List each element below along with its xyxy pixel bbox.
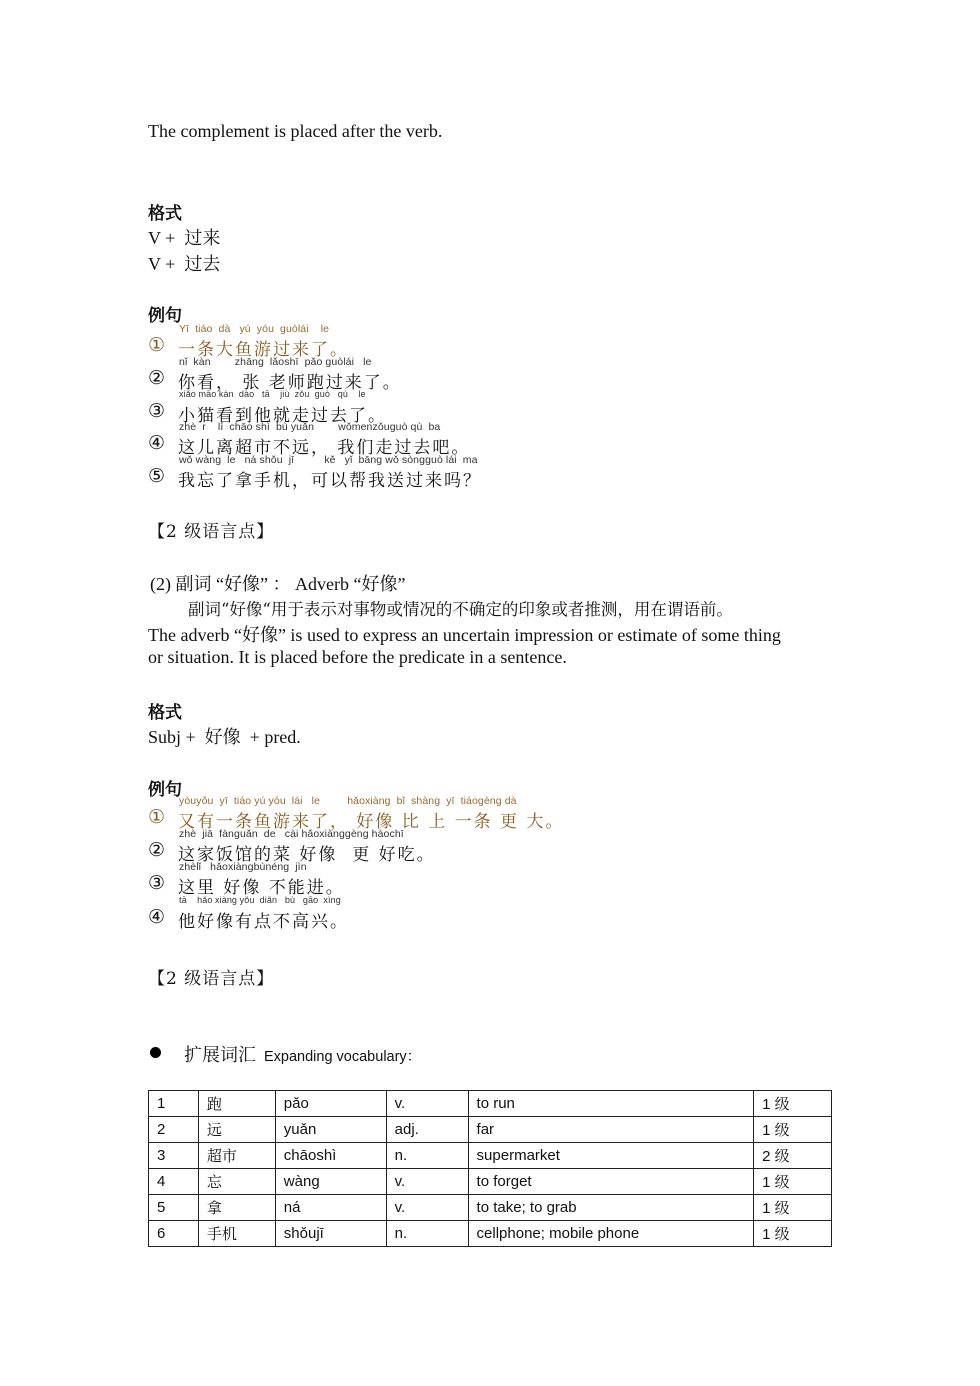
cell-pos: adj. [386, 1117, 468, 1143]
section-title: (2) 副词 “好像” ： Adverb “好像” [150, 570, 405, 596]
cell-hanzi: 拿 [198, 1195, 275, 1221]
cell-meaning: to take; to grab [468, 1195, 754, 1221]
table-row: 2 远 yuǎn adj. far 1 级 [149, 1117, 832, 1143]
cell-pinyin: yuǎn [275, 1117, 386, 1143]
cell-level: 1 级 [754, 1195, 832, 1221]
cell-number: 4 [149, 1169, 199, 1195]
cell-level: 1 级 [754, 1169, 832, 1195]
examples-label: 例句 [148, 301, 182, 326]
cell-pinyin: chāoshì [275, 1143, 386, 1169]
cell-number: 6 [149, 1221, 199, 1247]
cell-level: 1 级 [754, 1221, 832, 1247]
example-number: ⑤ [148, 465, 165, 487]
cell-level: 1 级 [754, 1091, 832, 1117]
example-number: ③ [148, 872, 165, 894]
description-zh: 副词“好像“用于表示对事物或情况的不确定的印象或者推测，用在谓语前。 [188, 596, 733, 620]
example-number: ② [148, 367, 165, 389]
example-pinyin: zhè r lí chāo shì bù yuǎn wǒmenzǒuguò qù… [179, 421, 440, 433]
cell-number: 2 [149, 1117, 199, 1143]
example-pinyin: wǒ wàng le ná shǒu jī kě yǐ bāng wǒ sòng… [179, 454, 478, 466]
complement-note: The complement is placed after the verb. [148, 121, 442, 142]
cell-hanzi: 手机 [198, 1221, 275, 1247]
example-number: ① [148, 334, 165, 356]
example-pinyin: xiǎo māo kàn dào tā jiù zǒu guò qù le [179, 389, 366, 399]
format-label: 格式 [148, 199, 182, 224]
format-line: Subj + 好像 + pred. [148, 723, 301, 749]
vocab-table: 1 跑 pǎo v. to run 1 级 2 远 yuǎn adj. far … [148, 1090, 832, 1247]
cell-number: 5 [149, 1195, 199, 1221]
cell-pinyin: wàng [275, 1169, 386, 1195]
cell-pos: n. [386, 1221, 468, 1247]
cell-pos: v. [386, 1091, 468, 1117]
examples-label: 例句 [148, 775, 182, 800]
cell-pinyin: ná [275, 1195, 386, 1221]
example-number: ④ [148, 906, 165, 928]
example-pinyin: nǐ kàn zhāng lǎoshī pǎo guòlái le [179, 356, 371, 368]
cell-meaning: to run [468, 1091, 754, 1117]
vocab-heading-zh: 扩展词汇 [184, 1045, 256, 1066]
example-pinyin: yòuyǒu yī tiáo yú yóu lái le hǎoxiàng bǐ… [179, 795, 517, 807]
cell-pos: n. [386, 1143, 468, 1169]
example-pinyin: tā hǎo xiàng yǒu diǎn bù gāo xìng [179, 895, 341, 905]
example-number: ② [148, 839, 165, 861]
cell-meaning: cellphone; mobile phone [468, 1221, 754, 1247]
cell-pos: v. [386, 1169, 468, 1195]
cell-number: 1 [149, 1091, 199, 1117]
cell-meaning: supermarket [468, 1143, 754, 1169]
cell-number: 3 [149, 1143, 199, 1169]
example-text: 我忘了拿手机，可以帮我送过来吗？ [178, 466, 482, 491]
cell-pinyin: shǒujī [275, 1221, 386, 1247]
example-pinyin: zhèlǐ hǎoxiàngbùnéng jìn [179, 861, 307, 873]
format-label: 格式 [148, 698, 182, 723]
description-en-line-2: or situation. It is placed before the pr… [148, 647, 567, 668]
cell-hanzi: 超市 [198, 1143, 275, 1169]
table-row: 5 拿 ná v. to take; to grab 1 级 [149, 1195, 832, 1221]
cell-meaning: to forget [468, 1169, 754, 1195]
vocab-heading: 扩展词汇 Expanding vocabulary： [184, 1041, 421, 1067]
example-text: 他好像有点不高兴。 [178, 907, 349, 932]
example-pinyin: Yī tiáo dà yú yóu guòlái le [179, 323, 329, 335]
cell-hanzi: 忘 [198, 1169, 275, 1195]
cell-hanzi: 远 [198, 1117, 275, 1143]
description-en-line-1: The adverb “好像” is used to express an un… [148, 621, 781, 647]
cell-pinyin: pǎo [275, 1091, 386, 1117]
example-number: ③ [148, 400, 165, 422]
cell-meaning: far [468, 1117, 754, 1143]
example-number: ④ [148, 432, 165, 454]
cell-level: 2 级 [754, 1143, 832, 1169]
cell-pos: v. [386, 1195, 468, 1221]
table-row: 4 忘 wàng v. to forget 1 级 [149, 1169, 832, 1195]
bullet-icon [150, 1047, 161, 1058]
example-number: ① [148, 806, 165, 828]
cell-level: 1 级 [754, 1117, 832, 1143]
format-line-2: V + 过去 [148, 250, 220, 276]
level-tag: 【2 级语言点】 [148, 964, 274, 989]
vocab-heading-en: Expanding vocabulary： [264, 1049, 421, 1065]
format-line-1: V + 过来 [148, 224, 220, 250]
cell-hanzi: 跑 [198, 1091, 275, 1117]
level-tag: 【2 级语言点】 [148, 517, 274, 542]
table-row: 1 跑 pǎo v. to run 1 级 [149, 1091, 832, 1117]
table-row: 3 超市 chāoshì n. supermarket 2 级 [149, 1143, 832, 1169]
table-row: 6 手机 shǒujī n. cellphone; mobile phone 1… [149, 1221, 832, 1247]
example-pinyin: zhè jiā fànguǎn de cài hǎoxiànggèng hàoc… [179, 828, 404, 840]
